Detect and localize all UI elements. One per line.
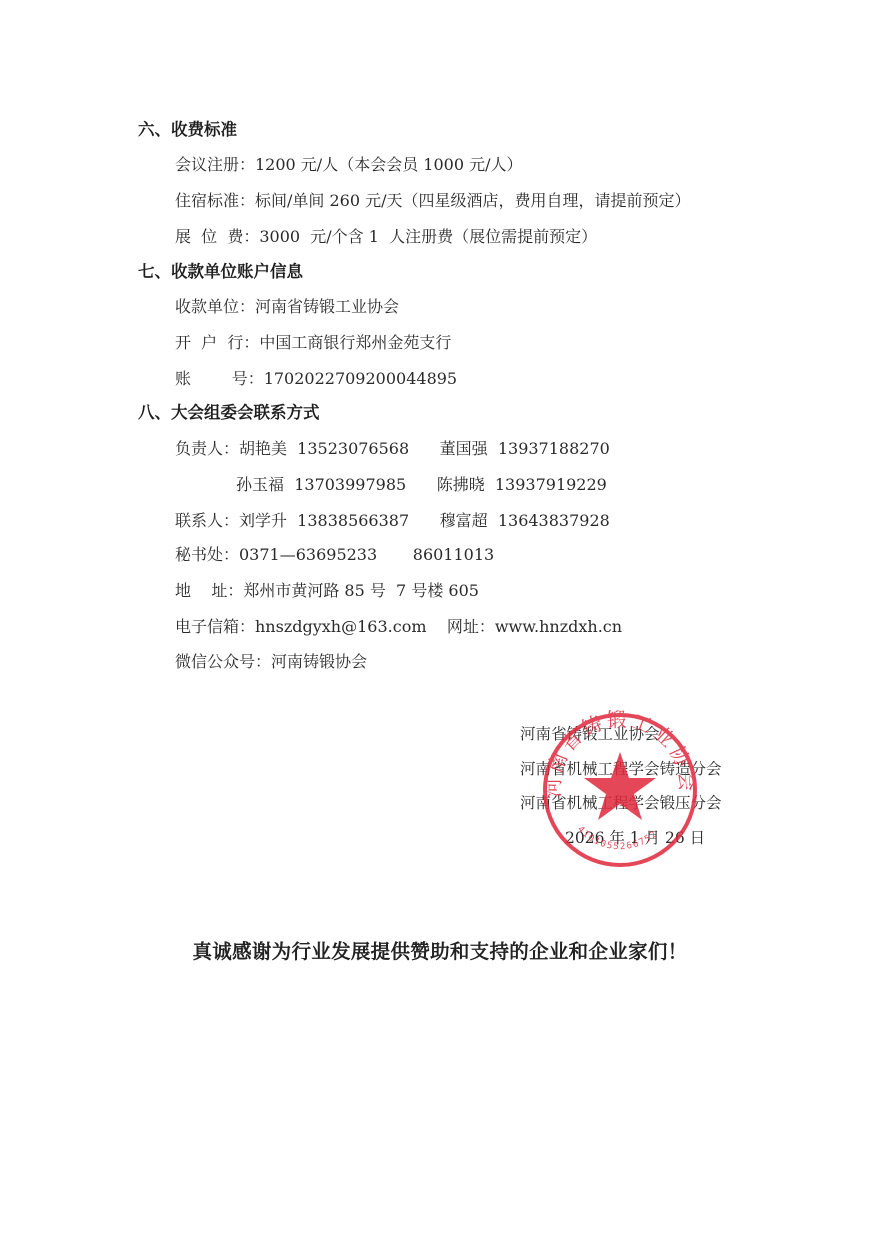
contact-wechat: 微信公众号：河南铸锻协会 xyxy=(175,652,367,672)
fee-accommodation: 住宿标准：标间/单间 260 元/天（四星级酒店，费用自理，请提前预定） xyxy=(175,191,691,211)
section-heading-contact: 八、大会组委会联系方式 xyxy=(138,403,320,423)
contact-secretariat: 秘书处：0371—63695233 86011013 xyxy=(175,545,494,565)
account-payee: 收款单位：河南省铸锻工业协会 xyxy=(175,297,399,317)
account-bank: 开 户 行：中国工商银行郑州金苑支行 xyxy=(175,333,451,353)
seal-code: 4101055266752 xyxy=(575,825,660,853)
official-seal-stamp: 河南省铸锻工业协会 4101055266752 xyxy=(540,710,700,870)
account-number: 账 号：1702022709200044895 xyxy=(175,369,457,389)
svg-text:4101055266752: 4101055266752 xyxy=(575,825,660,853)
contact-liaison: 联系人：刘学升 13838566387 穆富超 13643837928 xyxy=(175,511,610,531)
section-heading-fees: 六、收费标准 xyxy=(138,120,237,140)
section-heading-account: 七、收款单位账户信息 xyxy=(138,262,303,282)
contact-responsible-1: 负责人：胡艳美 13523076568 董国强 13937188270 xyxy=(175,439,610,459)
thanks-message: 真诚感谢为行业发展提供赞助和支持的企业和企业家们！ xyxy=(0,940,880,964)
contact-email-website: 电子信箱：hnszdgyxh@163.com 网址：www.hnzdxh.cn xyxy=(175,617,622,637)
fee-booth: 展 位 费：3000 元/个含 1 人注册费（展位需提前预定） xyxy=(175,227,597,247)
fee-registration: 会议注册：1200 元/人（本会会员 1000 元/人） xyxy=(175,155,522,175)
seal-star-icon xyxy=(584,752,656,820)
contact-address: 地 址：郑州市黄河路 85 号 7 号楼 605 xyxy=(175,581,479,601)
contact-responsible-2: 孙玉福 13703997985 陈拂晓 13937919229 xyxy=(175,475,607,495)
